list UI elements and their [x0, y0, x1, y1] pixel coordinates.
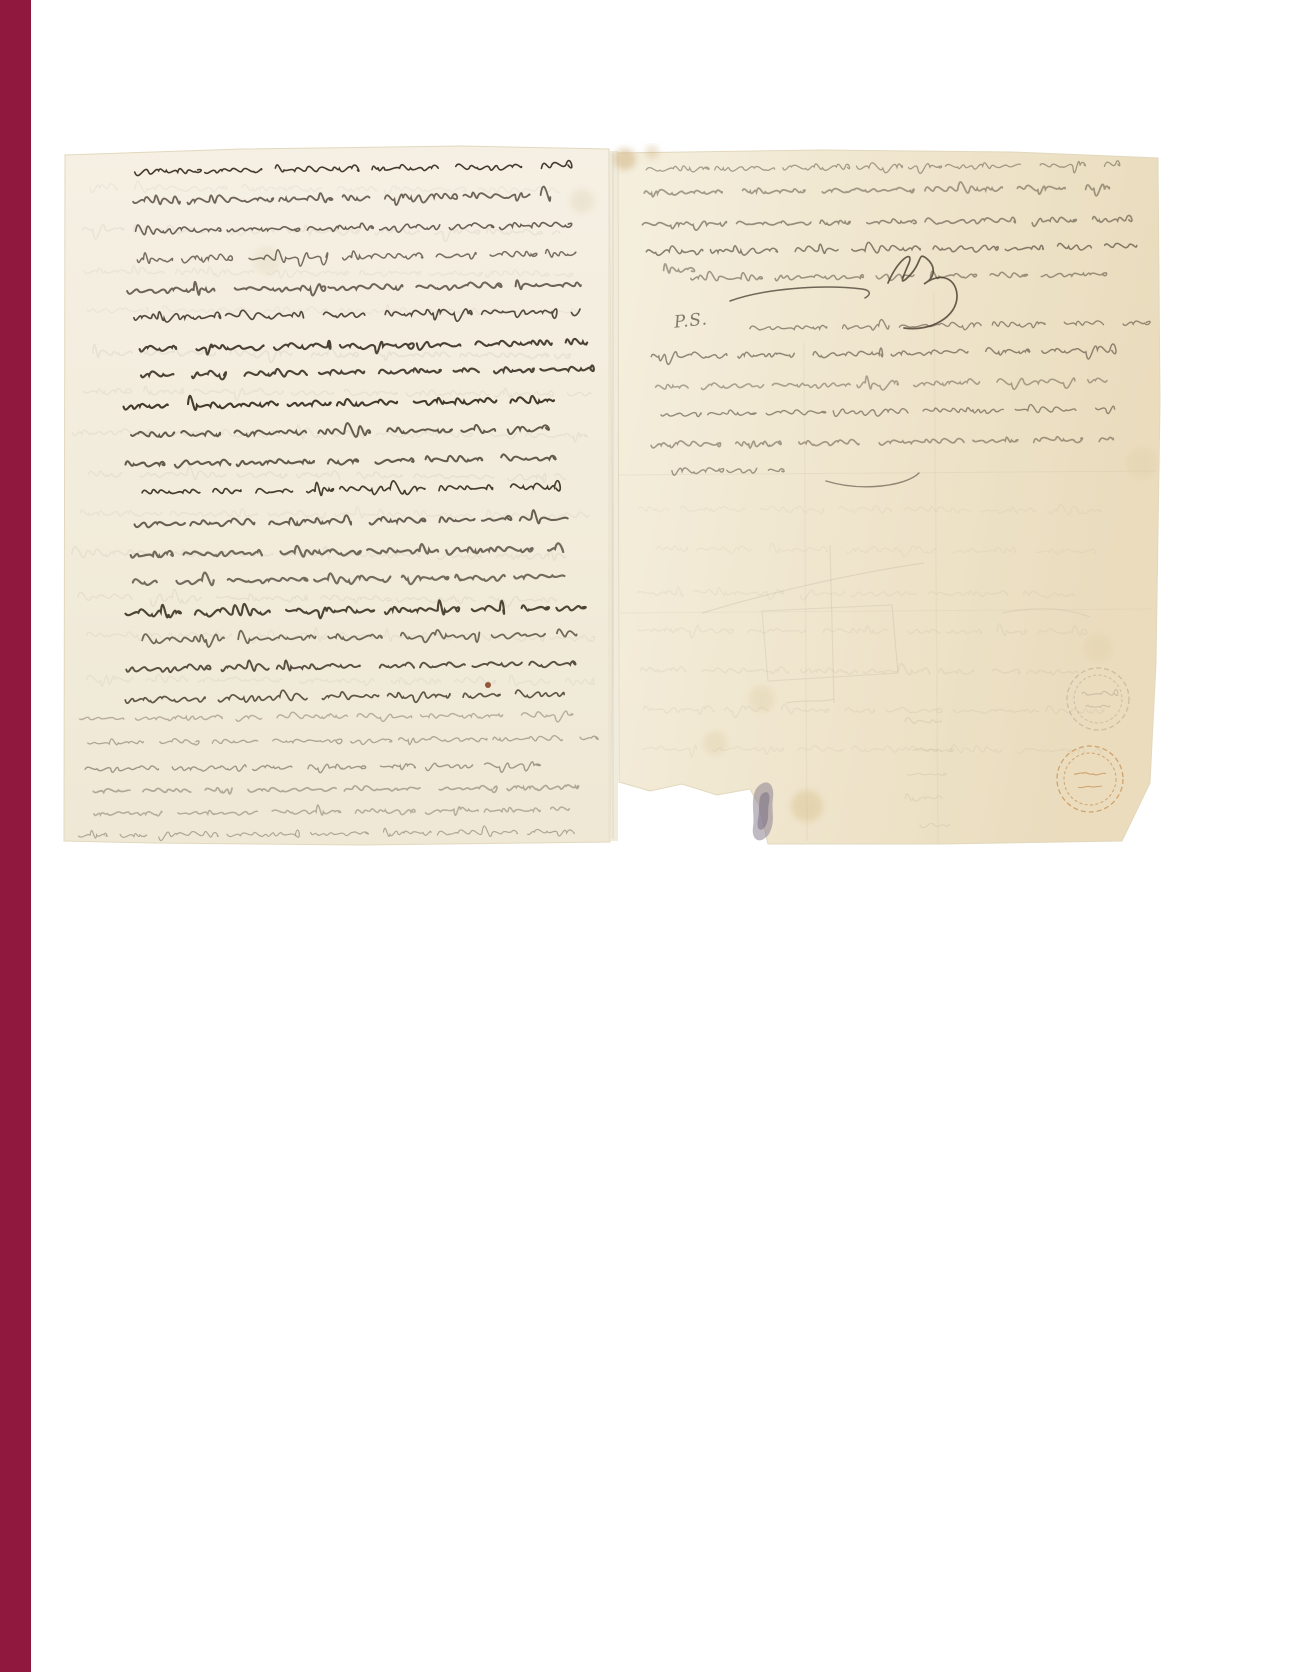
manuscript-scan: P.S. [62, 143, 1162, 848]
paper-stain [1084, 634, 1112, 662]
paper-stain [614, 148, 636, 170]
paper-stain [749, 686, 775, 712]
left-accent-bar [0, 0, 31, 1672]
paper-stain [791, 790, 823, 822]
left-page [64, 146, 613, 845]
postscript-label: P.S. [673, 309, 709, 332]
manuscript-pages-svg [62, 143, 1162, 848]
right-page [618, 150, 1160, 844]
paper-stain [1126, 447, 1158, 479]
paper-stain [570, 189, 594, 213]
paper-stain [645, 145, 659, 159]
